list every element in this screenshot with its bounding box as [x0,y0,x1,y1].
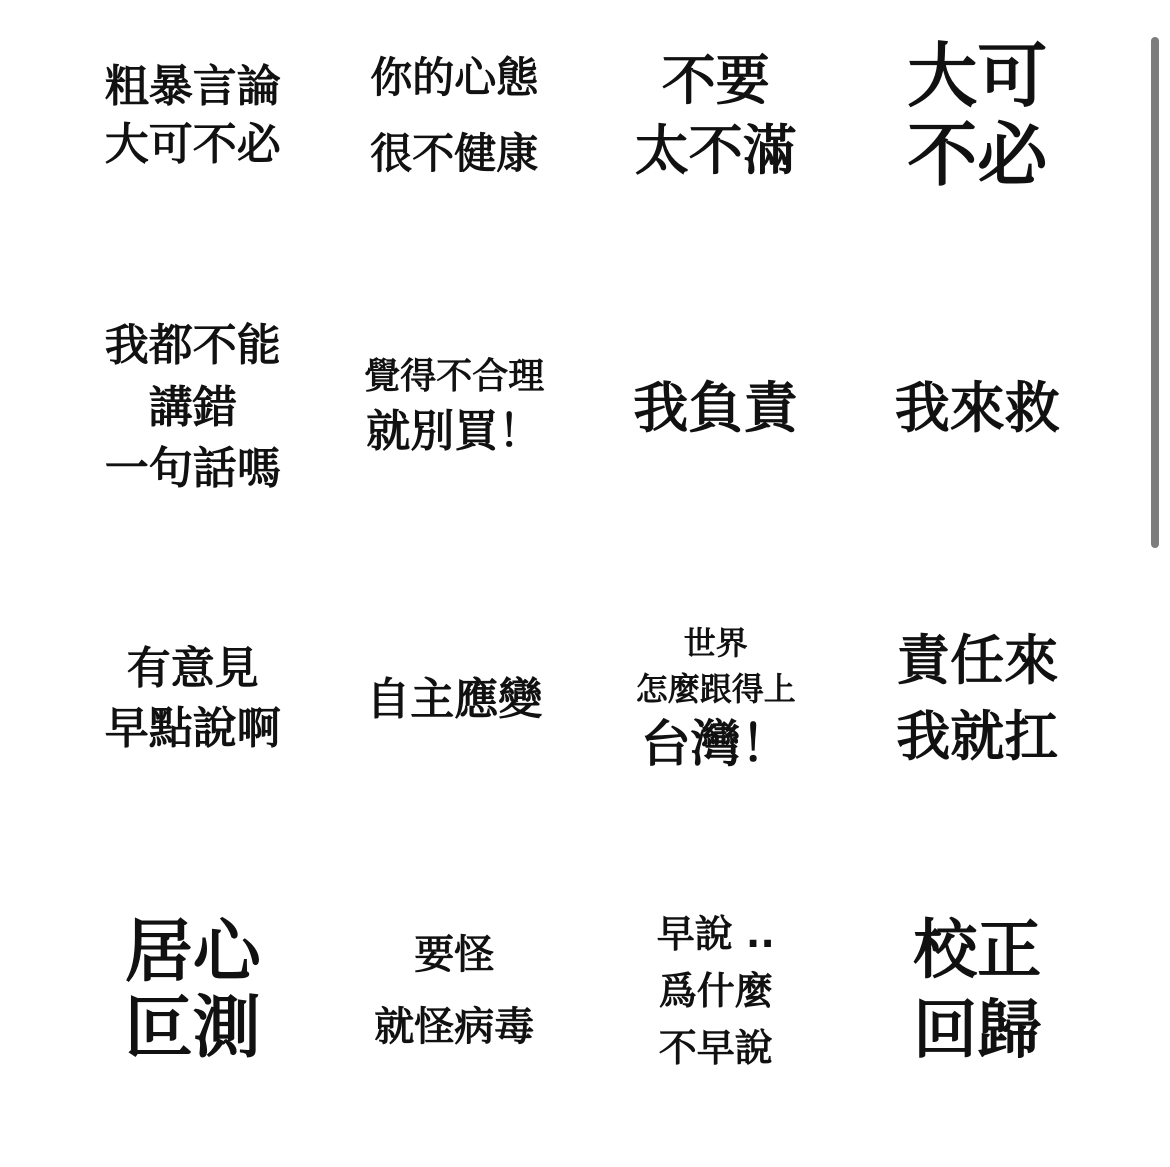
sticker-5[interactable]: 我都不能 講錯 一句話嗎 [62,292,324,584]
sticker-7[interactable]: 我負責 [585,292,847,584]
sticker-line: 不要 [635,46,797,116]
sticker-6[interactable]: 覺得不合理 就別買！ [324,292,586,584]
sticker-text: 要怪 就怪病毒 [374,919,534,1063]
sticker-16[interactable]: 校正 回歸 [847,875,1109,1167]
sticker-line: 校正 [913,911,1041,991]
sticker-text: 大可 不必 [907,37,1047,194]
sticker-text: 我來救 [895,375,1060,441]
sticker-line: 我負責 [633,375,798,441]
sticker-line: 叵測 [125,991,261,1067]
sticker-line: 大可 [907,37,1047,115]
sticker-line: 我都不能 [105,315,281,377]
sticker-13[interactable]: 居心 叵測 [62,875,324,1167]
sticker-line: 爲什麼 [657,963,775,1020]
sticker-1[interactable]: 粗暴言論 大可不必 [62,0,324,292]
sticker-line: 怎麼跟得上 [636,667,796,712]
sticker-text: 校正 回歸 [913,911,1041,1071]
sticker-text: 居心 叵測 [125,915,261,1067]
sticker-line: 我就扛 [896,699,1058,776]
sticker-text: 世界 怎麼跟得上 台灣！ [636,621,796,777]
sticker-line: 世界 [636,621,796,666]
sticker-text: 你的心態 很不健康 [370,40,538,191]
sticker-line: 自主應變 [366,671,542,728]
sticker-8[interactable]: 我來救 [847,292,1109,584]
sticker-15[interactable]: 早說 .. 爲什麼 不早說 [585,875,847,1167]
sticker-grid: 粗暴言論 大可不必 你的心態 很不健康 不要 太不滿 大可 不必 我都不 [62,0,1108,1167]
sticker-line: 不必 [907,116,1047,194]
sticker-text: 不要 太不滿 [635,46,797,186]
sticker-line: 回歸 [913,991,1041,1071]
sticker-line: 你的心態 [370,40,538,116]
sticker-9[interactable]: 有意見 早點說啊 [62,584,324,876]
sticker-line: 就別買！ [364,402,544,463]
sticker-line: 不早說 [657,1020,775,1077]
sticker-text: 有意見 早點說啊 [105,639,281,760]
sticker-line: 責任來 [896,623,1058,700]
sticker-line: 覺得不合理 [364,352,544,402]
sticker-text: 粗暴言論 大可不必 [105,58,281,174]
sticker-11[interactable]: 世界 怎麼跟得上 台灣！ [585,584,847,876]
sticker-line: 台灣！ [636,712,796,777]
sticker-line: 很不健康 [370,116,538,192]
sticker-text: 我負責 [633,375,798,441]
sticker-line: 我來救 [895,375,1060,441]
sticker-4[interactable]: 大可 不必 [847,0,1109,292]
sticker-line: 就怪病毒 [374,991,534,1063]
sticker-text: 責任來 我就扛 [896,623,1058,776]
sticker-line: 要怪 [374,919,534,991]
sticker-line: 早說 .. [657,906,775,963]
sticker-text: 覺得不合理 就別買！ [364,352,544,462]
sticker-picker-screen: 粗暴言論 大可不必 你的心態 很不健康 不要 太不滿 大可 不必 我都不 [0,0,1170,1167]
sticker-12[interactable]: 責任來 我就扛 [847,584,1109,876]
sticker-2[interactable]: 你的心態 很不健康 [324,0,586,292]
sticker-14[interactable]: 要怪 就怪病毒 [324,875,586,1167]
sticker-line: 粗暴言論 [105,58,281,116]
sticker-line: 大可不必 [105,116,281,174]
scrollbar-thumb[interactable] [1151,37,1159,548]
sticker-line: 一句話嗎 [105,438,281,500]
sticker-line: 太不滿 [635,116,797,186]
sticker-10[interactable]: 自主應變 [324,584,586,876]
sticker-text: 我都不能 講錯 一句話嗎 [105,315,281,500]
sticker-text: 早說 .. 爲什麼 不早說 [657,906,775,1077]
sticker-text: 自主應變 [366,671,542,728]
sticker-line: 講錯 [105,377,281,439]
sticker-line: 居心 [125,915,261,991]
sticker-line: 早點說啊 [105,699,281,760]
sticker-3[interactable]: 不要 太不滿 [585,0,847,292]
sticker-line: 有意見 [105,639,281,700]
